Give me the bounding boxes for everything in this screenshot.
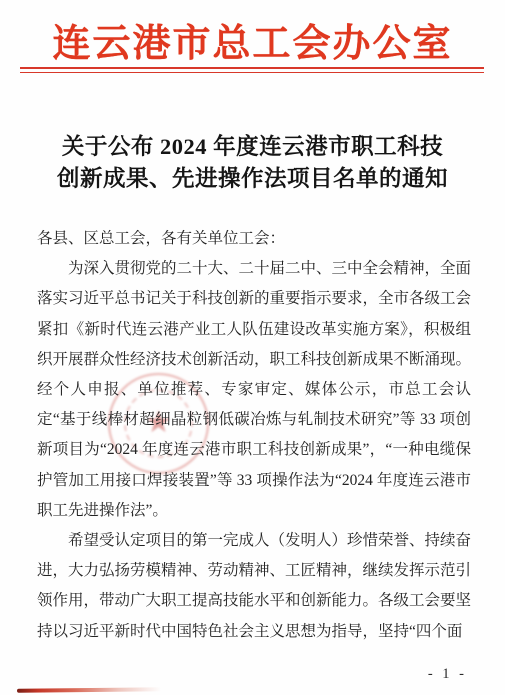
paragraph-2: 希望受认定项目的第一完成人（发明人）珍惜荣誉、持续奋进，大力弘扬劳模精神、劳动精…: [37, 526, 471, 647]
scan-artifact-line: [17, 687, 167, 692]
page-number: - 1 -: [428, 666, 467, 683]
letterhead-title: 连云港市总工会办公室: [0, 12, 505, 67]
document-body: 各县、区总工会，各有关单位工会： 为深入贯彻党的二十大、二十届二中、三中全会精神…: [37, 224, 471, 647]
document-page: 连云港市总工会办公室 关于公布 2024 年度连云港市职工科技 创新成果、先进操…: [0, 0, 505, 695]
document-title-line1: 关于公布 2024 年度连云港市职工科技: [0, 131, 505, 163]
document-title: 关于公布 2024 年度连云港市职工科技 创新成果、先进操作法项目名单的通知: [0, 131, 505, 194]
paragraph-1: 为深入贯彻党的二十大、二十届二中、三中全会精神，全面落实习近平总书记关于科技创新…: [37, 254, 471, 526]
letterhead-double-rule: [20, 67, 484, 73]
document-title-line2: 创新成果、先进操作法项目名单的通知: [0, 163, 505, 195]
salutation-line: 各县、区总工会，各有关单位工会：: [37, 224, 471, 254]
